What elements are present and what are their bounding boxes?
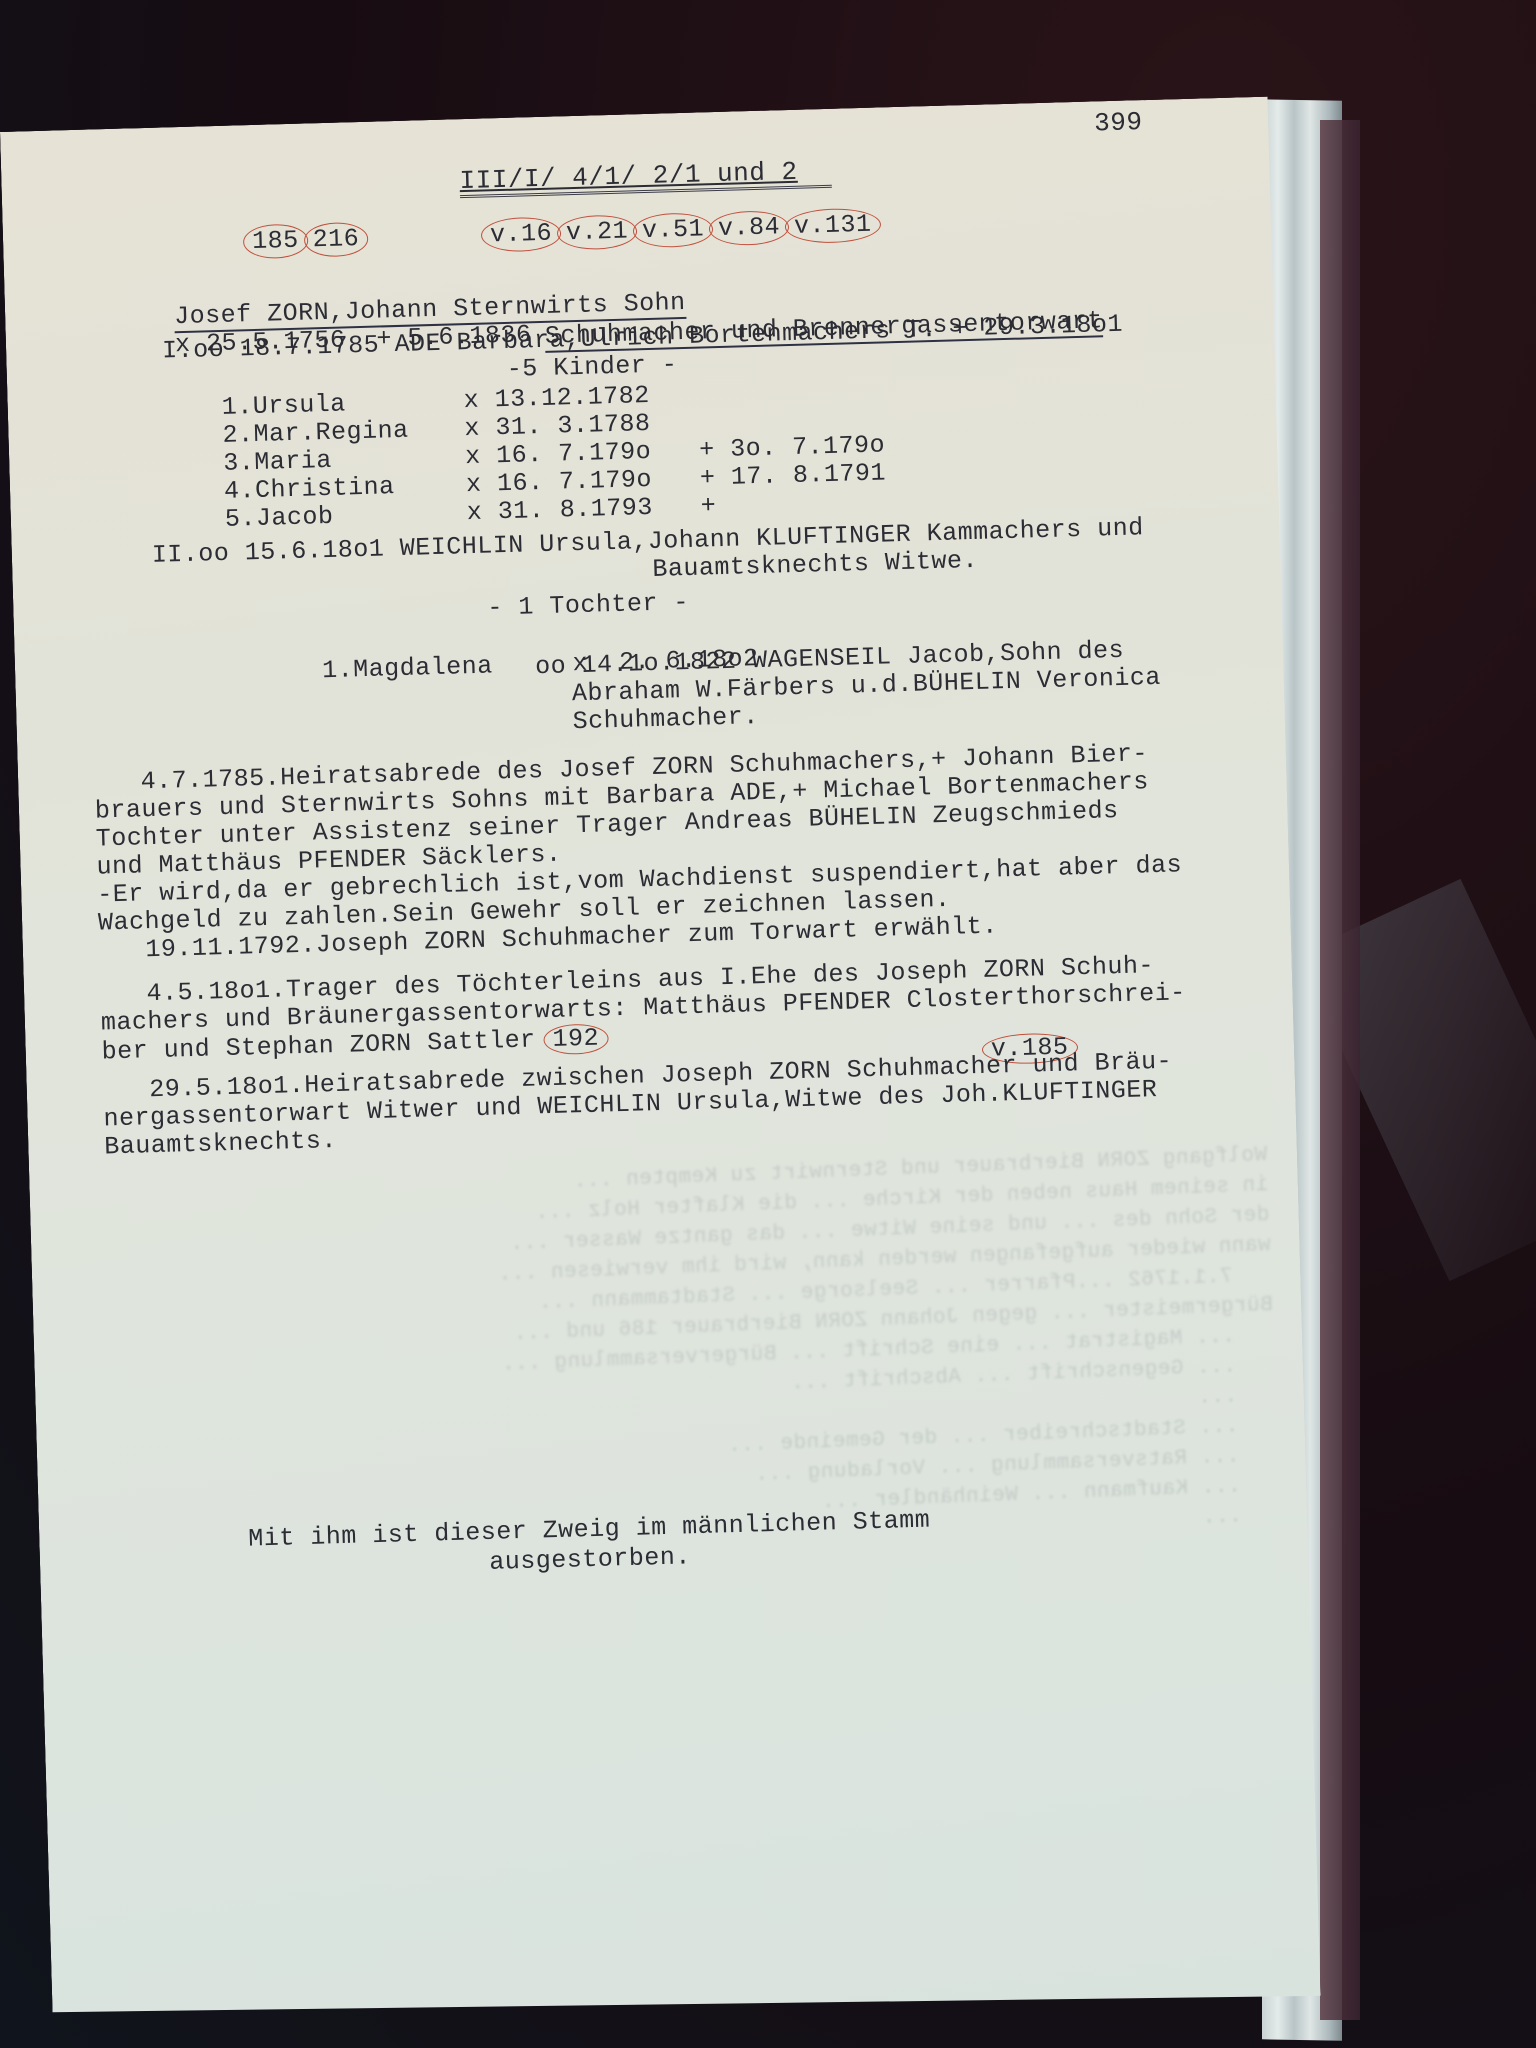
child-name: 5.Jacob xyxy=(225,503,334,534)
child-name: 2.Mar.Regina xyxy=(222,417,409,450)
child-name: 1.Magdalena xyxy=(322,651,493,685)
ref-badge: v.131 xyxy=(785,207,881,244)
child-birth: x 31. 8.1793 xyxy=(466,494,653,527)
ref-badge: 192 xyxy=(543,1023,608,1055)
reference-badges-right: v.16 v.21 v.51 v.84 v.131 xyxy=(481,208,877,253)
child-name: 3.Maria xyxy=(223,447,332,478)
ref-badge: v.21 xyxy=(557,214,638,250)
photo-scene: Wolfgang ZORN Bierbrauer und Sternwirt z… xyxy=(0,0,1536,2048)
child-name: 4.Christina xyxy=(224,473,395,506)
page-number: 399 xyxy=(1094,108,1143,137)
book-cover-edge xyxy=(1320,120,1360,2020)
marriage-1-children-list: 1.Ursulax 13.12.17822.Mar.Reginax 31. 3.… xyxy=(0,97,1268,132)
ref-badge: v.84 xyxy=(709,210,790,246)
marriage-2-children-heading: - 1 Tochter - xyxy=(487,589,689,623)
reference-badges-left: 185 216 xyxy=(243,222,365,259)
ref-badge: v.51 xyxy=(633,212,714,248)
ref-badge: v.16 xyxy=(481,216,562,252)
ref-badge: 216 xyxy=(303,222,368,258)
section-code-heading: III/I/ 4/1/ 2/1 und 2 xyxy=(459,157,832,198)
child-marriage-line-3: Schuhmacher. xyxy=(572,703,759,736)
notes-section: 4.7.1785.Heiratsabrede des Josef ZORN Sc… xyxy=(0,97,1268,132)
child-death: + xyxy=(700,492,716,520)
document-page: Wolfgang ZORN Bierbrauer und Sternwirt z… xyxy=(0,97,1321,2032)
ref-badge: 185 xyxy=(243,223,308,259)
child-death: + 17. 8.1791 xyxy=(700,459,887,492)
marriage-1-children-heading: -5 Kinder - xyxy=(506,351,677,384)
